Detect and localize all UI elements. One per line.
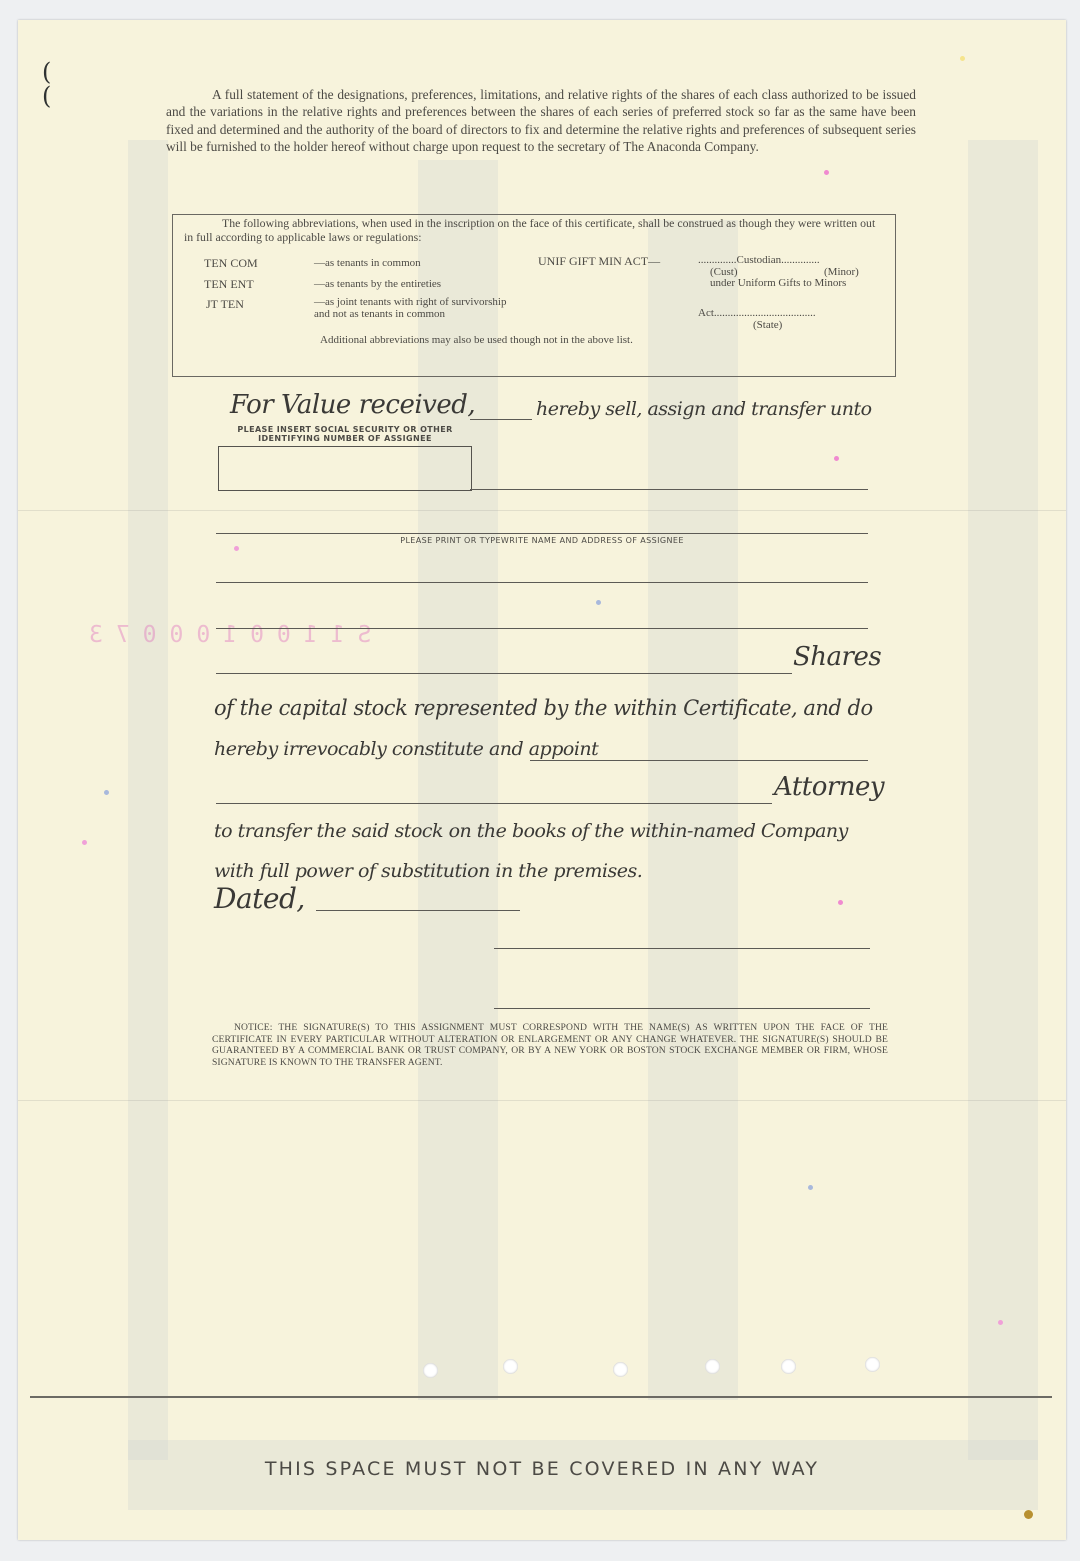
certificate-paper: (( S1100100073 A full statement of the d… [18, 20, 1066, 1540]
for-value-received-label: For Value received, [230, 390, 475, 420]
appoint-line[interactable] [530, 760, 868, 761]
perforation-hole [865, 1357, 880, 1372]
paper-fiber-dot [998, 1320, 1003, 1325]
assignee-address-line-2[interactable] [216, 628, 868, 629]
unif-gift-label: UNIF GIFT MIN ACT— [538, 254, 660, 269]
fold-crease [18, 1100, 1066, 1101]
perforation-hole [705, 1359, 720, 1374]
attorney-label: Attorney [774, 772, 884, 802]
state-label: (State) [753, 319, 782, 331]
abbr-code-ten-com: TEN COM [204, 256, 258, 271]
dated-label: Dated, [214, 882, 305, 915]
paper-fiber-dot [234, 546, 239, 551]
perforation-hole [503, 1359, 518, 1374]
paper-fiber-dot [960, 56, 965, 61]
dated-line[interactable] [316, 910, 520, 911]
signature-line-1[interactable] [494, 948, 870, 949]
ink-mark: (( [42, 60, 51, 108]
do-not-cover-notice: THIS SPACE MUST NOT BE COVERED IN ANY WA… [18, 1458, 1066, 1480]
ssn-label: PLEASE INSERT SOCIAL SECURITY OR OTHER I… [214, 425, 476, 443]
sell-assign-transfer-label: hereby sell, assign and transfer unto [536, 398, 872, 420]
abbr-meaning-ten-com: —as tenants in common [314, 257, 421, 269]
additional-abbreviations-note: Additional abbreviations may also be use… [320, 334, 633, 346]
transfer-text: to transfer the said stock on the books … [214, 820, 848, 842]
name-address-label: PLEASE PRINT OR TYPEWRITE NAME AND ADDRE… [216, 536, 868, 545]
perforation-hole [423, 1363, 438, 1378]
bleed-through-right-border [968, 140, 1038, 1460]
substitution-text: with full power of substitution in the p… [214, 860, 642, 882]
bleed-through-left-border [128, 140, 168, 1460]
shares-line[interactable] [216, 673, 792, 674]
capital-stock-text: of the capital stock represented by the … [214, 696, 873, 720]
paper-fiber-dot [1024, 1510, 1033, 1519]
signature-line-2[interactable] [494, 1008, 870, 1009]
bottom-divider-line [30, 1396, 1052, 1398]
paper-fiber-dot [104, 790, 109, 795]
paper-fiber-dot [834, 456, 839, 461]
appoint-text: hereby irrevocably constitute and appoin… [214, 738, 598, 760]
perforation-hole [613, 1362, 628, 1377]
assignor-line [470, 419, 532, 420]
act-line: Act..................................... [698, 307, 816, 319]
uniform-gifts-label: under Uniform Gifts to Minors [710, 277, 846, 289]
bleed-through-column-2 [648, 220, 738, 1400]
abbr-code-jt-ten: JT TEN [206, 297, 244, 312]
assignee-line-1[interactable] [470, 489, 868, 490]
perforation-hole [781, 1359, 796, 1374]
paper-fiber-dot [824, 170, 829, 175]
assignee-name-address-line[interactable] [216, 533, 868, 534]
paper-fiber-dot [596, 600, 601, 605]
paper-fiber-dot [808, 1185, 813, 1190]
attorney-line[interactable] [216, 803, 772, 804]
abbr-code-ten-ent: TEN ENT [204, 277, 254, 292]
paper-fiber-dot [82, 840, 87, 845]
signature-notice: NOTICE: THE SIGNATURE(S) TO THIS ASSIGNM… [212, 1022, 888, 1068]
bleed-through-serial-number: S1100100073 [76, 622, 371, 648]
abbreviations-intro: The following abbreviations, when used i… [184, 217, 884, 244]
shares-label: Shares [793, 642, 881, 672]
rights-statement: A full statement of the designations, pr… [166, 86, 916, 156]
paper-fiber-dot [838, 900, 843, 905]
fold-crease [18, 510, 1066, 511]
custodian-line: ..............Custodian.............. [698, 254, 820, 266]
assignee-address-line-1[interactable] [216, 582, 868, 583]
abbr-meaning-ten-ent: —as tenants by the entireties [314, 278, 441, 290]
abbr-meaning-jt-ten: —as joint tenants with right of survivor… [314, 297, 524, 320]
ssn-input-box[interactable] [218, 446, 472, 491]
